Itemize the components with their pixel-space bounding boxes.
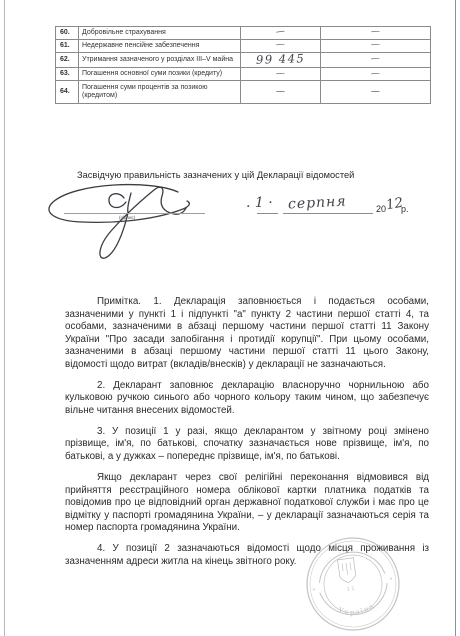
- official-stamp: 1 1 * * · · ˙ · · ˙ · · ˙ · · Україна: [301, 532, 405, 636]
- signature-scribble: [40, 176, 220, 271]
- stamp-center-mark: 1 1: [346, 586, 355, 593]
- row-value-1: —: [241, 27, 321, 40]
- table-row: 62. Утримання зазначеного у розділах III…: [56, 53, 431, 68]
- stamp-side-mark-right: *: [389, 576, 393, 583]
- row-value-2: —: [321, 40, 431, 53]
- signature-caption: (підпис): [119, 215, 135, 220]
- date-day-line: [257, 213, 278, 214]
- row-label: Добровільне страхування: [79, 27, 241, 40]
- row-number: 63.: [56, 68, 79, 81]
- handwritten-dash: —: [371, 41, 381, 51]
- handwritten-dash: —: [371, 87, 380, 96]
- row-number: 61.: [56, 40, 79, 53]
- row-value-2: —: [321, 53, 431, 68]
- row-value-1: 99 445: [241, 53, 321, 68]
- svg-text:· · ˙ · · ˙ · · ˙ · ·: · · ˙ · · ˙ · · ˙ · ·: [322, 543, 375, 565]
- note-paragraph-3: 3. У позиції 1 у разі, якщо декларантом …: [65, 426, 429, 464]
- row-number: 62.: [56, 53, 79, 68]
- row-label: Недержавне пенсійне забезпечення: [79, 40, 241, 53]
- row-label: Погашення основної суми позики (кредиту): [79, 68, 241, 81]
- scan-edge-right: [455, 0, 456, 636]
- table-row: 60. Добровільне страхування — —: [56, 27, 431, 40]
- svg-text:Україна: Україна: [336, 601, 377, 619]
- handwritten-dash: —: [371, 69, 381, 79]
- table-row: 61. Недержавне пенсійне забезпечення — —: [56, 40, 431, 53]
- handwritten-dash: —: [371, 28, 381, 38]
- stamp-shield-emblem: [337, 558, 356, 584]
- year-prefix: 20: [376, 204, 386, 214]
- note-paragraph-2: 2. Декларант заповнює декларацію власнор…: [65, 380, 429, 418]
- scan-edge-left: [4, 0, 5, 636]
- row-value-1: —: [241, 40, 321, 53]
- handwritten-dash: —: [371, 54, 381, 64]
- row-value-2: —: [321, 68, 431, 81]
- date-month-line: [283, 213, 373, 214]
- row-number: 64.: [56, 81, 79, 104]
- handwritten-dash: —: [276, 69, 286, 79]
- row-label: Утримання зазначеного у розділах III–V м…: [79, 53, 241, 68]
- signature-line: [64, 213, 205, 214]
- row-label: Погашення суми процентів за позикою (кре…: [79, 81, 241, 104]
- year-suffix: р.: [401, 204, 409, 214]
- handwritten-amount: 99 445: [256, 53, 306, 66]
- handwritten-dash: —: [276, 41, 286, 51]
- expenses-table: 60. Добровільне страхування — — 61. Неде…: [55, 26, 431, 104]
- stamp-country-text: Україна: [336, 601, 377, 619]
- note-paragraph-4: Якщо декларант через свої релігійні пере…: [65, 472, 429, 535]
- handwritten-dash: —: [276, 87, 285, 96]
- table-row: 64. Погашення суми процентів за позикою …: [56, 81, 431, 104]
- note-paragraph-1: Примітка. 1. Декларація заповнюється і п…: [65, 296, 429, 371]
- table-row: 63. Погашення основної суми позики (кред…: [56, 68, 431, 81]
- row-value-1: —: [241, 81, 321, 104]
- row-value-2: —: [321, 81, 431, 104]
- handwritten-date-day: . 1 ·: [246, 195, 273, 211]
- stamp-side-mark-left: *: [312, 587, 316, 594]
- row-number: 60.: [56, 27, 79, 40]
- handwritten-dash: —: [275, 28, 285, 38]
- row-value-2: —: [321, 27, 431, 40]
- notes-section: Примітка. 1. Декларація заповнюється і п…: [65, 296, 429, 568]
- handwritten-date-month: серпня: [288, 193, 347, 212]
- row-value-1: —: [241, 68, 321, 81]
